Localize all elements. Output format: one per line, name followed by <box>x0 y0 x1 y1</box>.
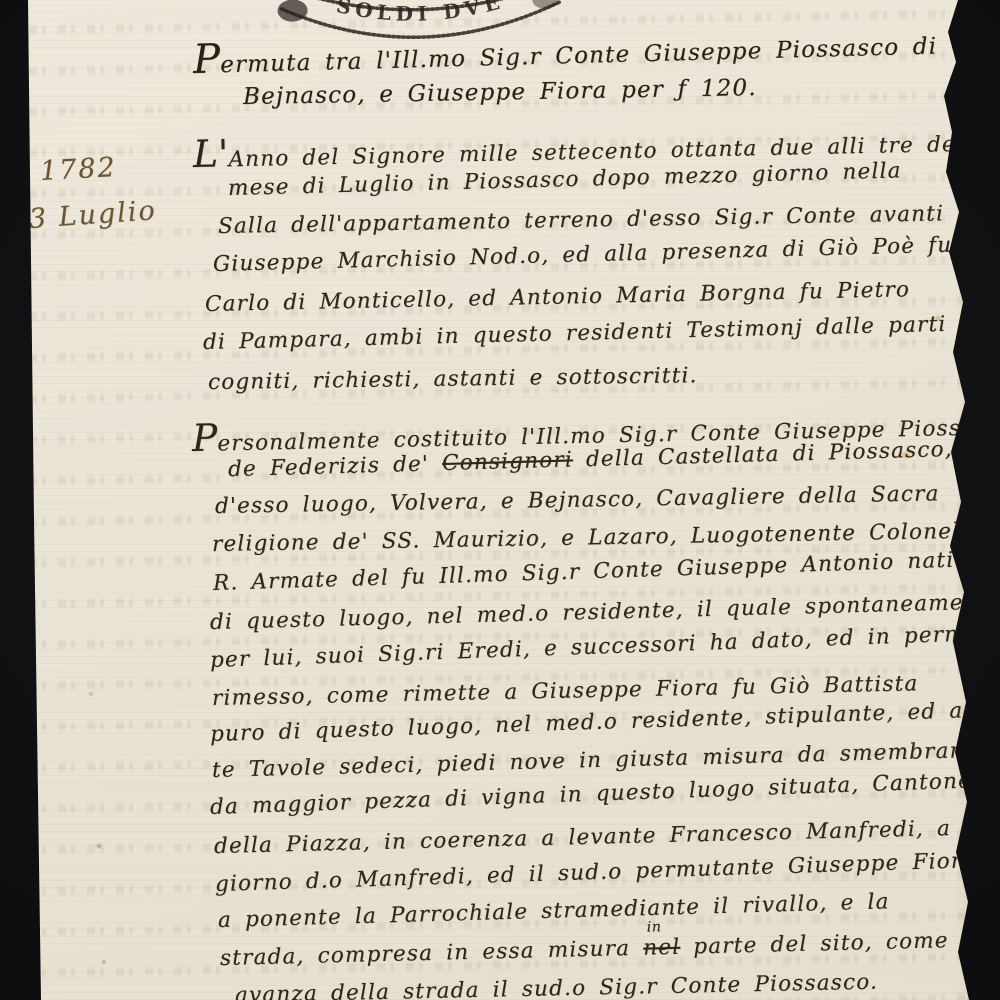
margin-date: 3 Luglio <box>28 197 157 233</box>
manuscript-line-with-correction: strada, compresa in essa misura innel pa… <box>220 930 949 969</box>
document-page: SOLDI DVE 1782 3 Luglio Permuta tra l'Il… <box>0 0 1000 1000</box>
document-scan: SOLDI DVE 1782 3 Luglio Permuta tra l'Il… <box>0 0 1000 1000</box>
manuscript-line: giorno d.o Manfredi, ed il sud.o permuta… <box>215 850 985 896</box>
struck-word-text: nel <box>643 935 681 961</box>
manuscript-line: Giuseppe Marchisio Nod.o, ed alla presen… <box>213 235 953 276</box>
manuscript-line: cogniti, richiesti, astanti e sottoscrit… <box>208 365 698 393</box>
manuscript-line: d'esso luogo, Volvera, e Bejnasco, Cavag… <box>215 483 940 517</box>
struck-word: innel <box>643 935 681 961</box>
manuscript-line: di Pampara, ambi in questo residenti Tes… <box>203 314 947 354</box>
stamp-arc-text: SOLDI DVE <box>333 0 507 29</box>
manuscript-line: R. Armate del fu Ill.mo Sig.r Conte Gius… <box>213 549 982 595</box>
interlinear-insertion: in <box>647 920 662 935</box>
manuscript-line: avanza della strada il sud.o Sig.r Conte… <box>235 972 878 1000</box>
struck-word: Consignori <box>442 448 574 477</box>
line-text: parte del sito, come <box>680 928 949 960</box>
line-text: strada, compresa in essa misura <box>220 936 644 971</box>
line-text: de Federizis de' <box>228 451 443 482</box>
manuscript-line: Carlo di Monticello, ed Antonio Maria Bo… <box>205 279 910 315</box>
heading-line-2: Bejnasco, e Giuseppe Fiora per ƒ 120. <box>243 77 757 109</box>
manuscript-line: a ponente la Parrochiale stramediante il… <box>218 891 890 931</box>
manuscript-line: Salla dell'appartamento terreno d'esso S… <box>218 202 993 237</box>
margin-year: 1782 <box>39 154 117 185</box>
